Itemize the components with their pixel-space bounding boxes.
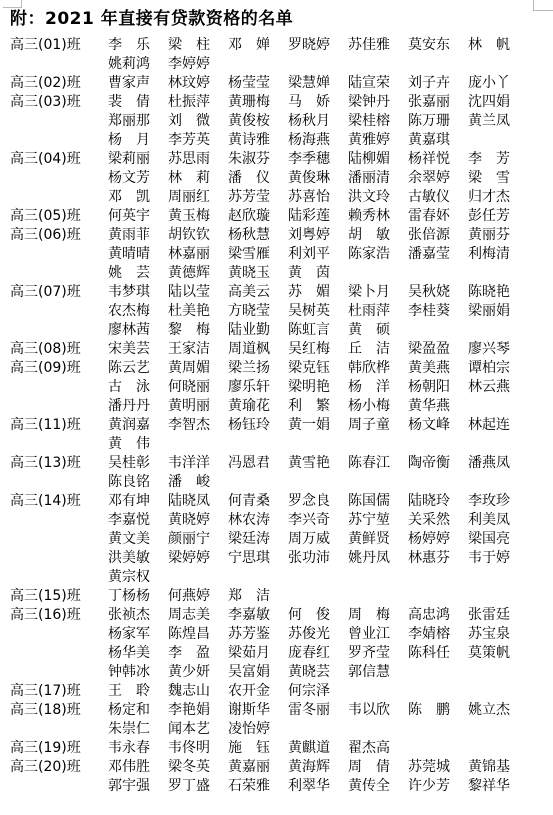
student-name: 何青桑 — [228, 492, 288, 511]
student-name: 吴桂彰 — [108, 454, 168, 473]
student-name: 陈科任 — [408, 644, 468, 663]
table-row: 高三(04)班梁莉丽苏思雨朱淑芬李季穗陆柳媚杨祥悦李 芳 — [0, 150, 553, 169]
student-name: 梁兰扬 — [228, 359, 288, 378]
student-name: 陆业勤 — [228, 321, 288, 340]
class-label — [0, 302, 108, 321]
student-name: 闻本艺 — [168, 720, 228, 739]
page-corner-mark-left — [3, 0, 22, 8]
student-name: 许少芳 — [408, 777, 468, 796]
student-name: 李 芳 — [468, 150, 528, 169]
student-name: 梁茹月 — [228, 644, 288, 663]
student-name: 张雷廷 — [468, 606, 528, 625]
student-name: 郑 洁 — [228, 587, 288, 606]
student-name: 赵欣璇 — [228, 207, 288, 226]
class-label — [0, 55, 108, 74]
student-name: 梁 雪 — [468, 169, 528, 188]
student-name: 杨华美 — [108, 644, 168, 663]
student-name: 周子童 — [348, 416, 408, 435]
class-label: 高三(02)班 — [0, 74, 108, 93]
table-row: 高三(16)班张祯杰周志美李嘉敏何 俊周 梅高忠鸿张雷廷 — [0, 606, 553, 625]
student-name: 廖林茜 — [108, 321, 168, 340]
student-name: 邓 婵 — [228, 36, 288, 55]
student-name: 黎祥华 — [468, 777, 528, 796]
student-name: 黄诗雅 — [228, 131, 288, 150]
student-name: 张功沛 — [288, 549, 348, 568]
student-name: 黄德辉 — [168, 264, 228, 283]
student-name: 洪文玲 — [348, 188, 408, 207]
student-name: 黄华燕 — [408, 397, 468, 416]
student-name: 周 梅 — [348, 606, 408, 625]
student-name: 潘 峻 — [168, 473, 228, 492]
table-row: 黄晴晴林嘉丽梁雪雁利刘平陈家浩潘嘉莹利梅清 — [0, 245, 553, 264]
class-label — [0, 245, 108, 264]
student-name: 杜雨萍 — [348, 302, 408, 321]
student-name: 吴树英 — [288, 302, 348, 321]
class-label — [0, 777, 108, 796]
student-name: 杜振萍 — [168, 93, 228, 112]
student-name: 李婧榕 — [408, 625, 468, 644]
table-row: 洪美敏梁婷婷宁思琪张功沛姚丹凤林惠芬韦于婷 — [0, 549, 553, 568]
table-row: 郑丽那刘 微黄俊桉杨秋月梁桂榕陈万珊黄兰凤 — [0, 112, 553, 131]
class-label: 高三(08)班 — [0, 340, 108, 359]
table-row: 高三(07)班韦梦琪陆以莹高美云苏 媚梁卜月吴秋娆陈晓艳 — [0, 283, 553, 302]
document-title: 附：2021 年直接有贷款资格的名单 — [0, 8, 553, 30]
student-name: 梁明艳 — [288, 378, 348, 397]
table-row: 高三(09)班陈云艺黄周媚梁兰扬梁克钰韩欣桦黄美燕谭柏宗 — [0, 359, 553, 378]
student-name: 杨小梅 — [348, 397, 408, 416]
student-name: 曾业江 — [348, 625, 408, 644]
student-name: 梁冬英 — [168, 758, 228, 777]
student-name: 李玫珍 — [468, 492, 528, 511]
class-label: 高三(13)班 — [0, 454, 108, 473]
student-name: 农杰梅 — [108, 302, 168, 321]
student-name: 陈良铭 — [108, 473, 168, 492]
student-name: 潘丽清 — [348, 169, 408, 188]
student-name: 黄晴晴 — [108, 245, 168, 264]
table-row: 陈良铭潘 峻 — [0, 473, 553, 492]
student-name: 宋美芸 — [108, 340, 168, 359]
table-row: 高三(18)班杨定和李艳娟谢斯华雷冬丽韦以欣陈 鹏姚立杰 — [0, 701, 553, 720]
table-row: 农杰梅杜美艳方晓莹吴树英杜雨萍李桂葵梁丽娟 — [0, 302, 553, 321]
student-name: 梁国亮 — [468, 530, 528, 549]
student-name: 潘 仪 — [228, 169, 288, 188]
table-row: 高三(08)班宋美芸王家洁周道枫吴红梅丘 洁梁盈盈廖兴琴 — [0, 340, 553, 359]
class-label — [0, 378, 108, 397]
student-name: 陈煌昌 — [168, 625, 228, 644]
student-name: 郭宇强 — [108, 777, 168, 796]
student-name: 陶帝衡 — [408, 454, 468, 473]
student-name: 雷春妚 — [408, 207, 468, 226]
student-name: 黄俊琳 — [288, 169, 348, 188]
student-name: 黄海辉 — [288, 758, 348, 777]
student-name: 梁慧婵 — [288, 74, 348, 93]
student-name: 利翠华 — [288, 777, 348, 796]
table-row: 高三(06)班黄雨菲胡钦钦杨秋慧刘粤婷胡 敏张倍源黄丽芬 — [0, 226, 553, 245]
student-name: 黄丽芬 — [468, 226, 528, 245]
student-name: 陈虹言 — [288, 321, 348, 340]
student-name: 谢斯华 — [228, 701, 288, 720]
class-label: 高三(03)班 — [0, 93, 108, 112]
student-name: 杨文峰 — [408, 416, 468, 435]
table-row: 高三(11)班黄润嘉李智杰杨钰玲黄一娟周子童杨文峰林起连 — [0, 416, 553, 435]
student-name: 邓有坤 — [108, 492, 168, 511]
student-name: 颜丽宁 — [168, 530, 228, 549]
student-name: 陆彩莲 — [288, 207, 348, 226]
table-row: 朱崇仁闻本艺凌怡婷 — [0, 720, 553, 739]
student-name: 黄雪艳 — [288, 454, 348, 473]
student-name: 彭任芳 — [468, 207, 528, 226]
class-label: 高三(07)班 — [0, 283, 108, 302]
student-name: 莫安东 — [408, 36, 468, 55]
student-name: 朱淑芬 — [228, 150, 288, 169]
table-row: 李嘉悦黄晓婷林农涛李兴奇苏宁堃关采然利美凤 — [0, 511, 553, 530]
table-row: 高三(17)班王 聆魏志山农开金何宗泽 — [0, 682, 553, 701]
student-name: 胡 敏 — [348, 226, 408, 245]
student-name: 罗晓婷 — [288, 36, 348, 55]
student-name: 周道枫 — [228, 340, 288, 359]
table-row: 黄宗权 — [0, 568, 553, 587]
student-name: 王 聆 — [108, 682, 168, 701]
student-name: 冯恩君 — [228, 454, 288, 473]
student-name: 罗丁盛 — [168, 777, 228, 796]
student-name: 陈国儒 — [348, 492, 408, 511]
student-name: 罗念良 — [288, 492, 348, 511]
student-name: 杨文芳 — [108, 169, 168, 188]
student-name: 林惠芬 — [408, 549, 468, 568]
student-name: 黄雅婷 — [348, 131, 408, 150]
student-name: 陈春江 — [348, 454, 408, 473]
table-row: 邓 凯周丽红苏芳莹苏喜怡洪文玲古敏仪归才杰 — [0, 188, 553, 207]
name-table: 高三(01)班李 乐梁 柱邓 婵罗晓婷苏佳雅莫安东林 帆姚莉鸿李婷婷高三(02)… — [0, 36, 553, 796]
table-row: 高三(15)班丁杨杨何燕婷郑 洁 — [0, 587, 553, 606]
student-name: 姚立杰 — [468, 701, 528, 720]
student-name: 沈四娟 — [468, 93, 528, 112]
student-name: 韦梦琪 — [108, 283, 168, 302]
student-name: 林 帆 — [468, 36, 528, 55]
student-name: 黄一娟 — [288, 416, 348, 435]
student-name: 何英宇 — [108, 207, 168, 226]
student-name: 利 繁 — [288, 397, 348, 416]
student-name: 李 乐 — [108, 36, 168, 55]
student-name: 韦洋洋 — [168, 454, 228, 473]
student-name: 陈晓艳 — [468, 283, 528, 302]
student-name: 黄瑜花 — [228, 397, 288, 416]
class-label: 高三(06)班 — [0, 226, 108, 245]
student-name: 潘丹丹 — [108, 397, 168, 416]
table-row: 郭宇强罗丁盛石荣雅利翠华黄传全许少芳黎祥华 — [0, 777, 553, 796]
student-name: 庞小丫 — [468, 74, 528, 93]
student-name: 余翠婷 — [408, 169, 468, 188]
table-row: 杨文芳林 莉潘 仪黄俊琳潘丽清余翠婷梁 雪 — [0, 169, 553, 188]
student-name: 杨海燕 — [288, 131, 348, 150]
student-name: 林玟婷 — [168, 74, 228, 93]
student-name: 李婷婷 — [168, 55, 228, 74]
student-name: 苏宝泉 — [468, 625, 528, 644]
student-name: 杨 月 — [108, 131, 168, 150]
student-name: 陆晓玲 — [408, 492, 468, 511]
table-row: 潘丹丹黄明丽黄瑜花利 繁杨小梅黄华燕 — [0, 397, 553, 416]
student-name: 杨钰玲 — [228, 416, 288, 435]
student-name: 黄传全 — [348, 777, 408, 796]
student-name: 古敏仪 — [408, 188, 468, 207]
class-label — [0, 530, 108, 549]
student-name: 梁钟丹 — [348, 93, 408, 112]
student-name: 梁盈盈 — [408, 340, 468, 359]
student-name: 杨莹莹 — [228, 74, 288, 93]
student-name: 潘燕凤 — [468, 454, 528, 473]
student-name: 朱崇仁 — [108, 720, 168, 739]
student-name: 杜美艳 — [168, 302, 228, 321]
student-name: 吴秋娆 — [408, 283, 468, 302]
table-row: 高三(20)班邓伟胜梁冬英黄嘉丽黄海辉周 倩苏莞城黄锦基 — [0, 758, 553, 777]
student-name: 陆柳媚 — [348, 150, 408, 169]
class-label — [0, 264, 108, 283]
student-name: 施 钰 — [228, 739, 288, 758]
class-label: 高三(16)班 — [0, 606, 108, 625]
class-label — [0, 397, 108, 416]
student-name: 周万威 — [288, 530, 348, 549]
document-page: 附：2021 年直接有贷款资格的名单 高三(01)班李 乐梁 柱邓 婵罗晓婷苏佳… — [0, 0, 553, 796]
class-label: 高三(20)班 — [0, 758, 108, 777]
student-name: 林农涛 — [228, 511, 288, 530]
student-name: 何晓丽 — [168, 378, 228, 397]
table-row: 杨华美李 盈梁茹月庞春红罗齐莹陈科任莫策帆 — [0, 644, 553, 663]
student-name: 黄美燕 — [408, 359, 468, 378]
student-name: 梁卜月 — [348, 283, 408, 302]
class-label: 高三(17)班 — [0, 682, 108, 701]
student-name: 苏芳鉴 — [228, 625, 288, 644]
student-name: 黄珊梅 — [228, 93, 288, 112]
student-name: 丘 洁 — [348, 340, 408, 359]
student-name: 周志美 — [168, 606, 228, 625]
table-row: 高三(14)班邓有坤陆晓凤何青桑罗念良陈国儒陆晓玲李玫珍 — [0, 492, 553, 511]
student-name: 高美云 — [228, 283, 288, 302]
student-name: 梁克钰 — [288, 359, 348, 378]
student-name: 吴红梅 — [288, 340, 348, 359]
student-name: 李智杰 — [168, 416, 228, 435]
student-name: 谭柏宗 — [468, 359, 528, 378]
table-row: 姚 芸黄德辉黄晓玉黄 茵 — [0, 264, 553, 283]
table-row: 高三(02)班曹家声林玟婷杨莹莹梁慧婵陆宣荣刘子卉庞小丫 — [0, 74, 553, 93]
student-name: 刘粤婷 — [288, 226, 348, 245]
student-name: 梁廷涛 — [228, 530, 288, 549]
student-name: 苏思雨 — [168, 150, 228, 169]
class-label — [0, 663, 108, 682]
student-name: 陆宣荣 — [348, 74, 408, 93]
table-row: 高三(05)班何英宇黄玉梅赵欣璇陆彩莲赖秀林雷春妚彭任芳 — [0, 207, 553, 226]
class-label: 高三(15)班 — [0, 587, 108, 606]
student-name: 李桂葵 — [408, 302, 468, 321]
student-name: 黄俊桉 — [228, 112, 288, 131]
student-name: 罗齐莹 — [348, 644, 408, 663]
student-name: 姚 芸 — [108, 264, 168, 283]
student-name: 陈万珊 — [408, 112, 468, 131]
class-label — [0, 435, 108, 454]
student-name: 曹家声 — [108, 74, 168, 93]
student-name: 何宗泽 — [288, 682, 348, 701]
student-name: 林云燕 — [468, 378, 528, 397]
student-name: 杨朝阳 — [408, 378, 468, 397]
student-name: 周丽红 — [168, 188, 228, 207]
student-name: 廖乐轩 — [228, 378, 288, 397]
class-label — [0, 473, 108, 492]
class-label — [0, 644, 108, 663]
student-name: 杨秋月 — [288, 112, 348, 131]
student-name: 黄麒道 — [288, 739, 348, 758]
student-name: 林 莉 — [168, 169, 228, 188]
table-row: 黄 伟 — [0, 435, 553, 454]
student-name: 梁雪雁 — [228, 245, 288, 264]
student-name: 韩欣桦 — [348, 359, 408, 378]
student-name: 梁莉丽 — [108, 150, 168, 169]
class-label — [0, 511, 108, 530]
student-name: 石荣雅 — [228, 777, 288, 796]
student-name: 方晓莹 — [228, 302, 288, 321]
student-name: 刘子卉 — [408, 74, 468, 93]
table-row: 姚莉鸿李婷婷 — [0, 55, 553, 74]
student-name: 林嘉丽 — [168, 245, 228, 264]
student-name: 李兴奇 — [288, 511, 348, 530]
class-label: 高三(18)班 — [0, 701, 108, 720]
student-name: 郭信慧 — [348, 663, 408, 682]
student-name: 苏莞城 — [408, 758, 468, 777]
class-label — [0, 549, 108, 568]
class-label — [0, 321, 108, 340]
student-name: 利刘平 — [288, 245, 348, 264]
student-name: 陈 鹏 — [408, 701, 468, 720]
student-name: 梁 柱 — [168, 36, 228, 55]
page-corner-mark-right — [533, 0, 553, 11]
student-name: 韦以欣 — [348, 701, 408, 720]
student-name: 黄嘉琪 — [408, 131, 468, 150]
student-name: 黄明丽 — [168, 397, 228, 416]
student-name: 黄 硕 — [348, 321, 408, 340]
class-label: 高三(14)班 — [0, 492, 108, 511]
class-label: 高三(04)班 — [0, 150, 108, 169]
student-name: 高忠鸿 — [408, 606, 468, 625]
student-name: 陆以莹 — [168, 283, 228, 302]
student-name: 苏佳雅 — [348, 36, 408, 55]
class-label: 高三(09)班 — [0, 359, 108, 378]
student-name: 宁思琪 — [228, 549, 288, 568]
student-name: 李嘉悦 — [108, 511, 168, 530]
student-name: 黄锦基 — [468, 758, 528, 777]
student-name: 李嘉敏 — [228, 606, 288, 625]
student-name: 陈家浩 — [348, 245, 408, 264]
student-name: 邓 凯 — [108, 188, 168, 207]
student-name: 黄雨菲 — [108, 226, 168, 245]
student-name: 黄周媚 — [168, 359, 228, 378]
student-name: 姚莉鸿 — [108, 55, 168, 74]
student-name: 黄润嘉 — [108, 416, 168, 435]
student-name: 胡钦钦 — [168, 226, 228, 245]
student-name: 莫策帆 — [468, 644, 528, 663]
class-label: 高三(11)班 — [0, 416, 108, 435]
student-name: 郑丽那 — [108, 112, 168, 131]
student-name: 杨 洋 — [348, 378, 408, 397]
student-name: 陆晓凤 — [168, 492, 228, 511]
student-name: 杨婷婷 — [408, 530, 468, 549]
student-name: 邓伟胜 — [108, 758, 168, 777]
student-name: 利梅清 — [468, 245, 528, 264]
student-name: 李季穗 — [288, 150, 348, 169]
table-row: 杨 月李芳英黄诗雅杨海燕黄雅婷黄嘉琪 — [0, 131, 553, 150]
student-name: 黄少妍 — [168, 663, 228, 682]
student-name: 黄晓玉 — [228, 264, 288, 283]
student-name: 魏志山 — [168, 682, 228, 701]
student-name: 林起连 — [468, 416, 528, 435]
table-row: 高三(03)班裴 倩杜振萍黄珊梅马 娇梁钟丹张嘉丽沈四娟 — [0, 93, 553, 112]
student-name: 钟韩冰 — [108, 663, 168, 682]
class-label — [0, 720, 108, 739]
class-label — [0, 131, 108, 150]
table-row: 高三(01)班李 乐梁 柱邓 婵罗晓婷苏佳雅莫安东林 帆 — [0, 36, 553, 55]
table-row: 高三(13)班吴桂彰韦洋洋冯恩君黄雪艳陈春江陶帝衡潘燕凤 — [0, 454, 553, 473]
student-name: 赖秀林 — [348, 207, 408, 226]
table-row: 高三(19)班韦永春韦佟明施 钰黄麒道翟杰高 — [0, 739, 553, 758]
student-name: 周 倩 — [348, 758, 408, 777]
table-row: 杨家军陈煌昌苏芳鉴苏俊光曾业江李婧榕苏宝泉 — [0, 625, 553, 644]
student-name: 杨秋慧 — [228, 226, 288, 245]
student-name: 韦永春 — [108, 739, 168, 758]
student-name: 韦于婷 — [468, 549, 528, 568]
student-name: 黄 茵 — [288, 264, 348, 283]
student-name: 庞春红 — [288, 644, 348, 663]
student-name: 古 泳 — [108, 378, 168, 397]
class-label — [0, 568, 108, 587]
class-label — [0, 112, 108, 131]
student-name: 潘嘉莹 — [408, 245, 468, 264]
class-label — [0, 169, 108, 188]
student-name: 李 盈 — [168, 644, 228, 663]
student-name: 翟杰高 — [348, 739, 408, 758]
student-name: 苏俊光 — [288, 625, 348, 644]
student-name: 杨家军 — [108, 625, 168, 644]
student-name: 黄鲜贤 — [348, 530, 408, 549]
student-name: 吴富娟 — [228, 663, 288, 682]
student-name: 陈云艺 — [108, 359, 168, 378]
student-name: 何燕婷 — [168, 587, 228, 606]
student-name: 裴 倩 — [108, 93, 168, 112]
student-name: 张倍源 — [408, 226, 468, 245]
student-name: 黎 梅 — [168, 321, 228, 340]
student-name: 杨定和 — [108, 701, 168, 720]
student-name: 黄晓婷 — [168, 511, 228, 530]
table-row: 黄文美颜丽宁梁廷涛周万威黄鲜贤杨婷婷梁国亮 — [0, 530, 553, 549]
class-label: 高三(19)班 — [0, 739, 108, 758]
table-row: 钟韩冰黄少妍吴富娟黄晓芸郭信慧 — [0, 663, 553, 682]
student-name: 苏宁堃 — [348, 511, 408, 530]
student-name: 黄 伟 — [108, 435, 168, 454]
student-name: 农开金 — [228, 682, 288, 701]
class-label — [0, 188, 108, 207]
student-name: 雷冬丽 — [288, 701, 348, 720]
student-name: 张祯杰 — [108, 606, 168, 625]
class-label — [0, 625, 108, 644]
student-name: 梁桂榕 — [348, 112, 408, 131]
student-name: 何 俊 — [288, 606, 348, 625]
student-name: 李艳娟 — [168, 701, 228, 720]
student-name: 苏 媚 — [288, 283, 348, 302]
student-name: 洪美敏 — [108, 549, 168, 568]
student-name: 黄宗权 — [108, 568, 168, 587]
student-name: 凌怡婷 — [228, 720, 288, 739]
student-name: 梁丽娟 — [468, 302, 528, 321]
student-name: 黄文美 — [108, 530, 168, 549]
student-name: 苏芳莹 — [228, 188, 288, 207]
table-row: 廖林茜黎 梅陆业勤陈虹言黄 硕 — [0, 321, 553, 340]
student-name: 苏喜怡 — [288, 188, 348, 207]
